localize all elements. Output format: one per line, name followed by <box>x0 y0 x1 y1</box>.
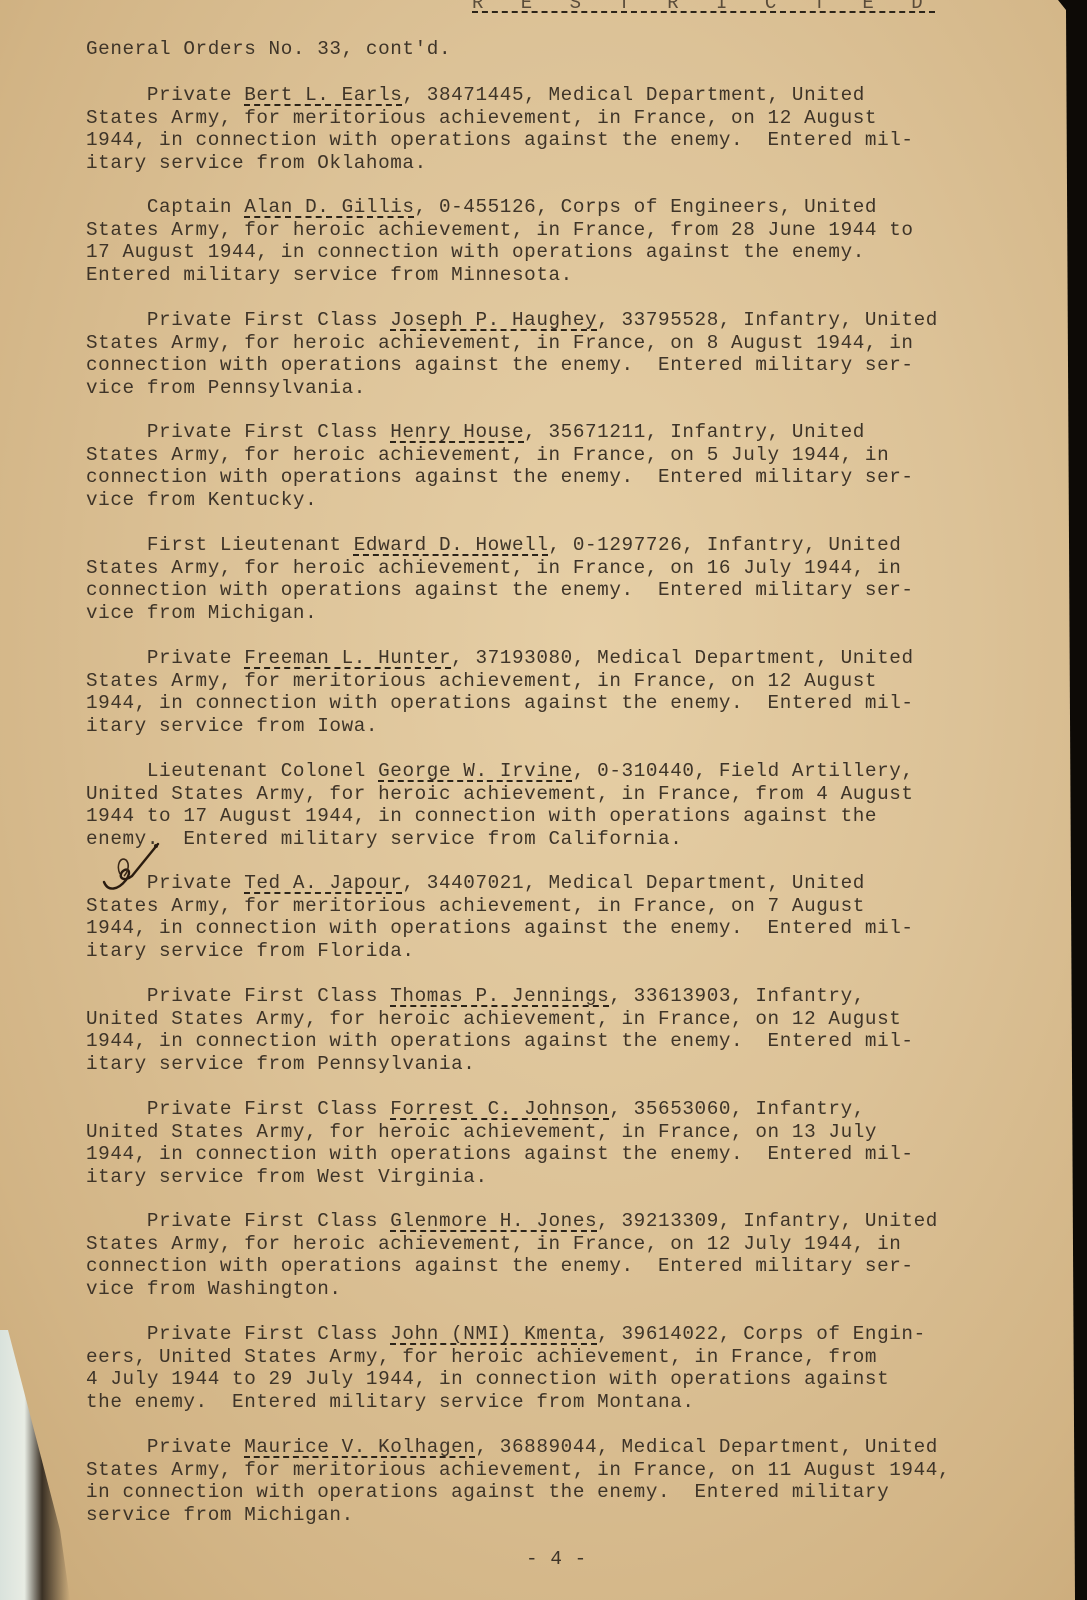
citation-text: , 37193080, Medical Department, United <box>451 647 913 669</box>
citation-line: United States Army, for heroic achieveme… <box>86 1008 914 1031</box>
citation-text: the enemy. Entered military service from… <box>86 1391 695 1413</box>
citation-line: Private Ted A. Japour, 34407021, Medical… <box>86 872 914 895</box>
citation-text: States Army, for meritorious achievement… <box>86 107 877 129</box>
citation-line: United States Army, for heroic achieveme… <box>86 1121 914 1144</box>
page-number: - 4 - <box>526 1548 587 1571</box>
citation-text: Captain <box>86 196 244 218</box>
citation-text: itary service from Florida. <box>86 940 415 962</box>
citation-text: in connection with operations against th… <box>86 1481 889 1503</box>
citation-entry: Private First Class Henry House, 3567121… <box>86 421 914 511</box>
citation-line: United States Army, for heroic achieveme… <box>86 783 914 806</box>
citation-text: , 36889044, Medical Department, United <box>475 1436 937 1458</box>
citation-text: , 38471445, Medical Department, United <box>402 84 864 106</box>
citation-entry: Private First Class Glenmore H. Jones, 3… <box>86 1210 938 1300</box>
citation-text: Private First Class <box>86 1323 390 1345</box>
citation-line: Entered military service from Minnesota. <box>86 264 914 287</box>
citation-entry: Private Freeman L. Hunter, 37193080, Med… <box>86 647 914 737</box>
citation-entry: Private Maurice V. Kolhagen, 36889044, M… <box>86 1436 950 1526</box>
citation-line: Private Freeman L. Hunter, 37193080, Med… <box>86 647 914 670</box>
citation-text: Private <box>86 647 244 669</box>
citation-line: connection with operations against the e… <box>86 466 914 489</box>
typewritten-document: R E S T R I C T E D General Orders No. 3… <box>86 0 1046 136</box>
recipient-name: Freeman L. Hunter <box>244 647 451 669</box>
citation-text: , 35653060, Infantry, <box>609 1098 865 1120</box>
citation-text: vice from Pennsylvania. <box>86 377 366 399</box>
citation-text: States Army, for meritorious achievement… <box>86 670 877 692</box>
citation-text: States Army, for heroic achievement, in … <box>86 444 889 466</box>
citation-line: connection with operations against the e… <box>86 354 938 377</box>
citation-line: First Lieutenant Edward D. Howell, 0-129… <box>86 534 914 557</box>
citation-entry: Private Bert L. Earls, 38471445, Medical… <box>86 84 914 174</box>
citation-line: States Army, for meritorious achievement… <box>86 895 914 918</box>
citation-line: enemy. Entered military service from Cal… <box>86 828 914 851</box>
citation-line: Private First Class Forrest C. Johnson, … <box>86 1098 914 1121</box>
citation-entry: Private First Class John (NMI) Kmenta, 3… <box>86 1323 926 1413</box>
recipient-name: Joseph P. Haughey <box>390 309 597 331</box>
citation-line: States Army, for meritorious achievement… <box>86 107 914 130</box>
citation-text: 4 July 1944 to 29 July 1944, in connecti… <box>86 1368 889 1390</box>
document-header: General Orders No. 33, cont'd. <box>86 38 451 61</box>
citation-text: 1944, in connection with operations agai… <box>86 129 914 151</box>
recipient-name: Bert L. Earls <box>244 84 402 106</box>
citation-text: Private First Class <box>86 1098 390 1120</box>
citation-line: itary service from Oklahoma. <box>86 152 914 175</box>
citation-entry: Private First Class Joseph P. Haughey, 3… <box>86 309 938 399</box>
citation-entry: First Lieutenant Edward D. Howell, 0-129… <box>86 534 914 624</box>
citation-text: service from Michigan. <box>86 1504 354 1526</box>
citation-line: itary service from Pennsylvania. <box>86 1053 914 1076</box>
citation-text: vice from Washington. <box>86 1278 342 1300</box>
citation-text: States Army, for meritorious achievement… <box>86 1459 950 1481</box>
recipient-name: Thomas P. Jennings <box>390 985 609 1007</box>
citation-line: States Army, for heroic achievement, in … <box>86 557 914 580</box>
citation-text: enemy. Entered military service from Cal… <box>86 828 682 850</box>
citation-line: 1944, in connection with operations agai… <box>86 1143 914 1166</box>
citation-text: , 35671211, Infantry, United <box>524 421 865 443</box>
citation-line: Lieutenant Colonel George W. Irvine, 0-3… <box>86 760 914 783</box>
citation-line: service from Michigan. <box>86 1504 950 1527</box>
citation-line: Private First Class Glenmore H. Jones, 3… <box>86 1210 938 1233</box>
citation-line: connection with operations against the e… <box>86 579 914 602</box>
citation-text: , 0-1297726, Infantry, United <box>549 534 902 556</box>
citation-text: United States Army, for heroic achieveme… <box>86 1121 877 1143</box>
citation-text: Private First Class <box>86 309 390 331</box>
citation-line: 1944, in connection with operations agai… <box>86 917 914 940</box>
citation-text: 1944, in connection with operations agai… <box>86 692 914 714</box>
citation-line: Private Bert L. Earls, 38471445, Medical… <box>86 84 914 107</box>
citation-text: States Army, for heroic achievement, in … <box>86 1233 901 1255</box>
citation-line: 1944, in connection with operations agai… <box>86 692 914 715</box>
recipient-name: Ted A. Japour <box>244 872 402 894</box>
classification-banner: R E S T R I C T E D <box>472 0 936 15</box>
handwritten-checkmark-icon <box>98 838 164 896</box>
citation-entry: Private First Class Forrest C. Johnson, … <box>86 1098 914 1188</box>
citation-text: , 33795528, Infantry, United <box>597 309 938 331</box>
citation-line: Private First Class Henry House, 3567121… <box>86 421 914 444</box>
citation-text: eers, United States Army, for heroic ach… <box>86 1346 877 1368</box>
citation-text: States Army, for heroic achievement, in … <box>86 219 914 241</box>
citation-text: connection with operations against the e… <box>86 1255 914 1277</box>
recipient-name: Alan D. Gillis <box>244 196 414 218</box>
citation-line: 1944, in connection with operations agai… <box>86 1030 914 1053</box>
citation-text: States Army, for meritorious achievement… <box>86 895 865 917</box>
citation-text: , 0-310440, Field Artillery, <box>573 760 914 782</box>
citation-line: 1944 to 17 August 1944, in connection wi… <box>86 805 914 828</box>
citation-text: itary service from West Virginia. <box>86 1166 488 1188</box>
citation-text: itary service from Oklahoma. <box>86 152 427 174</box>
citation-line: vice from Pennsylvania. <box>86 377 938 400</box>
citation-text: , 39213309, Infantry, United <box>597 1210 938 1232</box>
citation-line: vice from Kentucky. <box>86 489 914 512</box>
citation-text: , 39614022, Corps of Engin- <box>597 1323 926 1345</box>
citation-text: itary service from Iowa. <box>86 715 378 737</box>
citation-line: States Army, for heroic achievement, in … <box>86 1233 938 1256</box>
citation-text: connection with operations against the e… <box>86 466 914 488</box>
recipient-name: Henry House <box>390 421 524 443</box>
citation-text: , 34407021, Medical Department, United <box>402 872 864 894</box>
citation-line: itary service from Iowa. <box>86 715 914 738</box>
citation-line: in connection with operations against th… <box>86 1481 950 1504</box>
citation-line: vice from Michigan. <box>86 602 914 625</box>
citation-line: Private First Class Joseph P. Haughey, 3… <box>86 309 938 332</box>
citation-text: 17 August 1944, in connection with opera… <box>86 241 865 263</box>
citation-text: connection with operations against the e… <box>86 579 914 601</box>
citation-text: , 0-455126, Corps of Engineers, United <box>415 196 877 218</box>
citation-text: Private <box>86 84 244 106</box>
citation-entry: Captain Alan D. Gillis, 0-455126, Corps … <box>86 196 914 286</box>
citation-text: 1944, in connection with operations agai… <box>86 917 914 939</box>
citation-line: 1944, in connection with operations agai… <box>86 129 914 152</box>
citation-line: the enemy. Entered military service from… <box>86 1391 926 1414</box>
citation-text: 1944 to 17 August 1944, in connection wi… <box>86 805 877 827</box>
recipient-name: Maurice V. Kolhagen <box>244 1436 475 1458</box>
citation-line: Captain Alan D. Gillis, 0-455126, Corps … <box>86 196 914 219</box>
citation-line: itary service from Florida. <box>86 940 914 963</box>
citation-text: Private <box>86 1436 244 1458</box>
citation-text: States Army, for heroic achievement, in … <box>86 332 914 354</box>
recipient-name: Forrest C. Johnson <box>390 1098 609 1120</box>
recipient-name: John (NMI) Kmenta <box>390 1323 597 1345</box>
citation-text: United States Army, for heroic achieveme… <box>86 1008 901 1030</box>
citation-line: 4 July 1944 to 29 July 1944, in connecti… <box>86 1368 926 1391</box>
citation-text: Private First Class <box>86 985 390 1007</box>
citation-line: Private First Class John (NMI) Kmenta, 3… <box>86 1323 926 1346</box>
citation-entry: Private Ted A. Japour, 34407021, Medical… <box>86 872 914 962</box>
citation-line: itary service from West Virginia. <box>86 1166 914 1189</box>
citation-line: States Army, for meritorious achievement… <box>86 670 914 693</box>
recipient-name: Glenmore H. Jones <box>390 1210 597 1232</box>
citation-line: Private First Class Thomas P. Jennings, … <box>86 985 914 1008</box>
citation-text: Lieutenant Colonel <box>86 760 378 782</box>
citation-text: vice from Kentucky. <box>86 489 317 511</box>
citation-text: connection with operations against the e… <box>86 354 914 376</box>
citation-line: vice from Washington. <box>86 1278 938 1301</box>
citation-text: United States Army, for heroic achieveme… <box>86 783 914 805</box>
citation-line: Private Maurice V. Kolhagen, 36889044, M… <box>86 1436 950 1459</box>
citation-line: States Army, for meritorious achievement… <box>86 1459 950 1482</box>
citation-line: States Army, for heroic achievement, in … <box>86 219 914 242</box>
citation-entry: Private First Class Thomas P. Jennings, … <box>86 985 914 1075</box>
citation-text: States Army, for heroic achievement, in … <box>86 557 901 579</box>
citation-text: 1944, in connection with operations agai… <box>86 1030 914 1052</box>
citation-line: 17 August 1944, in connection with opera… <box>86 241 914 264</box>
citation-text: , 33613903, Infantry, <box>609 985 865 1007</box>
citation-entry: Lieutenant Colonel George W. Irvine, 0-3… <box>86 760 914 850</box>
recipient-name: Edward D. Howell <box>354 534 549 556</box>
citation-text: Private First Class <box>86 1210 390 1232</box>
citation-line: States Army, for heroic achievement, in … <box>86 332 938 355</box>
citation-text: Private First Class <box>86 421 390 443</box>
citation-line: connection with operations against the e… <box>86 1255 938 1278</box>
citation-text: itary service from Pennsylvania. <box>86 1053 475 1075</box>
citation-line: States Army, for heroic achievement, in … <box>86 444 914 467</box>
citation-text: Entered military service from Minnesota. <box>86 264 573 286</box>
citation-line: eers, United States Army, for heroic ach… <box>86 1346 926 1369</box>
citation-text: First Lieutenant <box>86 534 354 556</box>
citation-text: vice from Michigan. <box>86 602 317 624</box>
recipient-name: George W. Irvine <box>378 760 573 782</box>
citation-text: 1944, in connection with operations agai… <box>86 1143 914 1165</box>
